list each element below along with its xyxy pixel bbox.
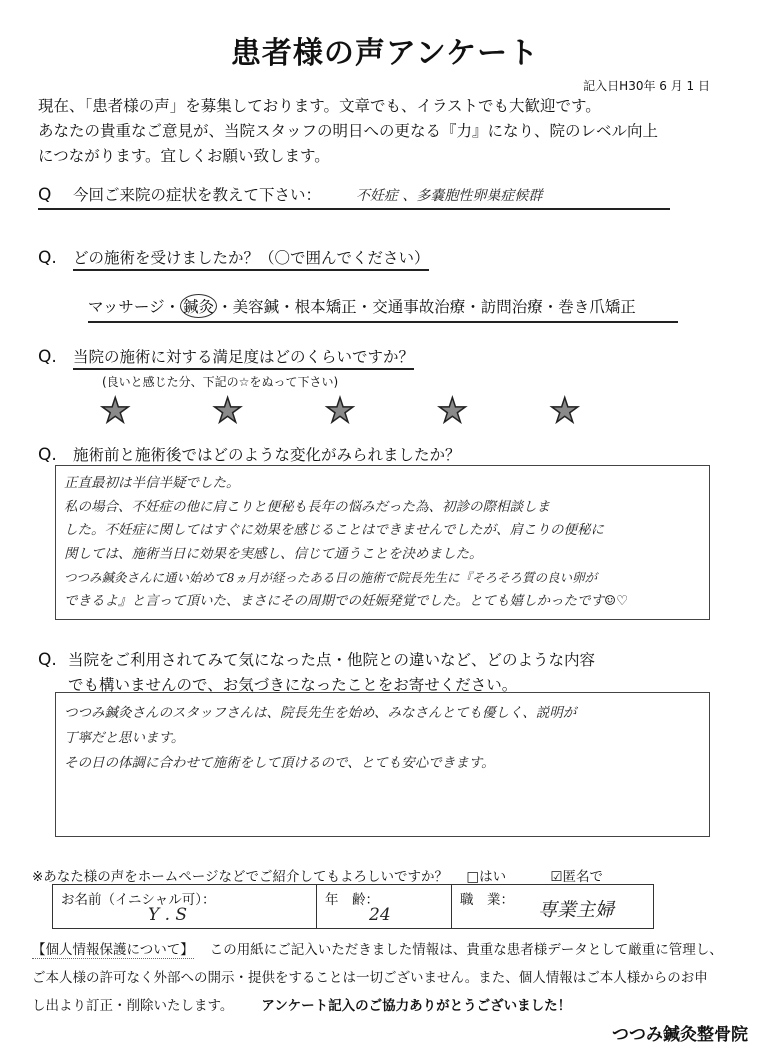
privacy-notice: 【個人情報保護について】この用紙にご記入いただきました情報は、貴重な患者様データ… [32, 936, 752, 1020]
star-icon[interactable]: ★ [212, 394, 242, 428]
answer-line: した。不妊症に関してはすぐに効果を感じることはできませんでしたが、肩こりの便秘に [64, 519, 701, 543]
question-marker: Q [38, 185, 68, 205]
consent-yes-checkbox[interactable]: □はい [466, 869, 506, 885]
answer-line: つつみ鍼灸さんに通い始めて8ヵ月が経ったある日の施術で院長先生に『そろそろ質の良… [64, 566, 701, 590]
answer-line: 関しては、施術当日に効果を実感し、信じて通うことを決めました。 [64, 543, 701, 567]
age-value: 24 [369, 905, 391, 925]
consent-question: ※あなた様の声をホームページなどでご紹介してもよろしいですか？ □はい ☑匿名で [32, 865, 603, 885]
question-changes: Q. 施術前と施術後ではどのような変化がみられましたか？ [38, 443, 460, 465]
answer-line: 私の場合、不妊症の他に肩こりと便秘も長年の悩みだった為、初診の際相談しま [64, 496, 701, 520]
page-title: 患者様の声アンケート [0, 28, 770, 72]
entry-date: 記入日H30年 6 月 1 日 [583, 77, 710, 94]
name-cell[interactable]: お名前（イニシャル可）： Y . S [52, 884, 317, 929]
answer-line: 丁寧だと思います。 [64, 726, 701, 751]
option-massage[interactable]: マッサージ [88, 298, 165, 316]
answer-line: その日の体調に合わせて施術をして頂けるので、とても安心できます。 [64, 751, 701, 776]
thanks-message: アンケート記入のご協力ありがとうございました！ [261, 998, 571, 1014]
option-ingrown-nail[interactable]: 巻き爪矯正 [558, 298, 636, 316]
answer-line: つつみ鍼灸さんのスタッフさんは、院長先生を始め、みなさんとても優しく、説明が [64, 701, 701, 726]
consent-anonymous-checkbox[interactable]: ☑匿名で [550, 869, 603, 885]
occupation-label: 職 業： [460, 888, 514, 908]
clinic-name: つつみ鍼灸整骨院 [612, 1020, 748, 1045]
question-label: どの施術を受けましたか？（〇で囲んでください） [73, 249, 430, 271]
star-icon[interactable]: ★ [325, 394, 355, 428]
question-marker: Q. [38, 347, 68, 367]
changes-answer-box[interactable]: 正直最初は半信半疑でした。 私の場合、不妊症の他に肩こりと便秘も長年の悩みだった… [55, 465, 710, 620]
option-acupuncture-selected[interactable]: 鍼灸 [180, 294, 217, 318]
intro-text: 現在、「患者様の声」を募集しております。文章でも、イラストでも大歓迎です。 あな… [38, 94, 758, 169]
question-label: 当院をご利用されてみて気になった点・他院との違いなど、どのような内容 [68, 651, 595, 669]
respondent-info-table: お名前（イニシャル可）： Y . S 年 齢： 24 職 業： 専業主婦 [52, 884, 654, 929]
symptoms-answer[interactable]: 不妊症 、多嚢胞性卵巣症候群 [356, 188, 542, 204]
privacy-text: し出より訂正・削除いたします。 [32, 998, 233, 1014]
satisfaction-stars: ★ ★ ★ ★ ★ [100, 394, 580, 428]
privacy-text: ご本人様の許可なく外部への開示・提供をすることは一切ございません。また、個人情報… [32, 964, 752, 992]
treatment-options: マッサージ・鍼灸・美容鍼・根本矯正・交通事故治療・訪問治療・巻き爪矯正 [88, 294, 678, 323]
privacy-text: この用紙にご記入いただきました情報は、貴重な患者様データとして厳重に管理し、 [210, 942, 723, 958]
intro-line: 現在、「患者様の声」を募集しております。文章でも、イラストでも大歓迎です。 [38, 94, 758, 119]
feedback-answer-box[interactable]: つつみ鍼灸さんのスタッフさんは、院長先生を始め、みなさんとても優しく、説明が 丁… [55, 692, 710, 837]
name-label: お名前（イニシャル可）： [61, 888, 215, 908]
satisfaction-note: (良いと感じた分、下記の☆をぬって下さい) [102, 373, 338, 390]
answer-line: できるよ』と言って頂いた、まさにその周期での妊娠発覚でした。とても嬉しかったです… [64, 590, 701, 614]
star-icon[interactable]: ★ [437, 394, 467, 428]
privacy-heading: 【個人情報保護について】 [32, 942, 194, 959]
option-root-correction[interactable]: 根本矯正 [295, 298, 357, 316]
question-label: 当院の施術に対する満足度はどのくらいですか？ [73, 348, 414, 370]
occupation-cell[interactable]: 職 業： 専業主婦 [452, 884, 654, 929]
star-icon[interactable]: ★ [550, 394, 580, 428]
question-label: 今回ご来院の症状を教えて下さい： [73, 186, 321, 204]
age-cell[interactable]: 年 齢： 24 [317, 884, 452, 929]
question-treatment: Q. どの施術を受けましたか？（〇で囲んでください） [38, 246, 429, 268]
name-value: Y . S [148, 905, 187, 925]
question-feedback: Q.当院をご利用されてみて気になった点・他院との違いなど、どのような内容 でも構… [38, 648, 595, 698]
intro-line: あなたの貴重なご意見が、当院スタッフの明日への更なる『力』になり、院のレベル向上 [38, 119, 758, 144]
question-marker: Q. [38, 648, 68, 673]
star-icon[interactable]: ★ [100, 394, 130, 428]
question-satisfaction: Q. 当院の施術に対する満足度はどのくらいですか？ [38, 345, 414, 367]
question-label: 施術前と施術後ではどのような変化がみられましたか？ [73, 446, 461, 464]
question-marker: Q. [38, 445, 68, 465]
consent-text: ※あなた様の声をホームページなどでご紹介してもよろしいですか？ [32, 869, 448, 885]
occupation-value: 専業主婦 [538, 895, 614, 922]
answer-line: 正直最初は半信半疑でした。 [64, 472, 701, 496]
option-traffic-accident[interactable]: 交通事故治療 [372, 298, 465, 316]
question-marker: Q. [38, 248, 68, 268]
intro-line: につながります。宜しくお願い致します。 [38, 144, 758, 169]
option-home-visit[interactable]: 訪問治療 [481, 298, 543, 316]
question-symptoms: Q 今回ご来院の症状を教えて下さい： 不妊症 、多嚢胞性卵巣症候群 [38, 183, 670, 210]
option-beauty-acupuncture[interactable]: 美容鍼 [233, 298, 280, 316]
